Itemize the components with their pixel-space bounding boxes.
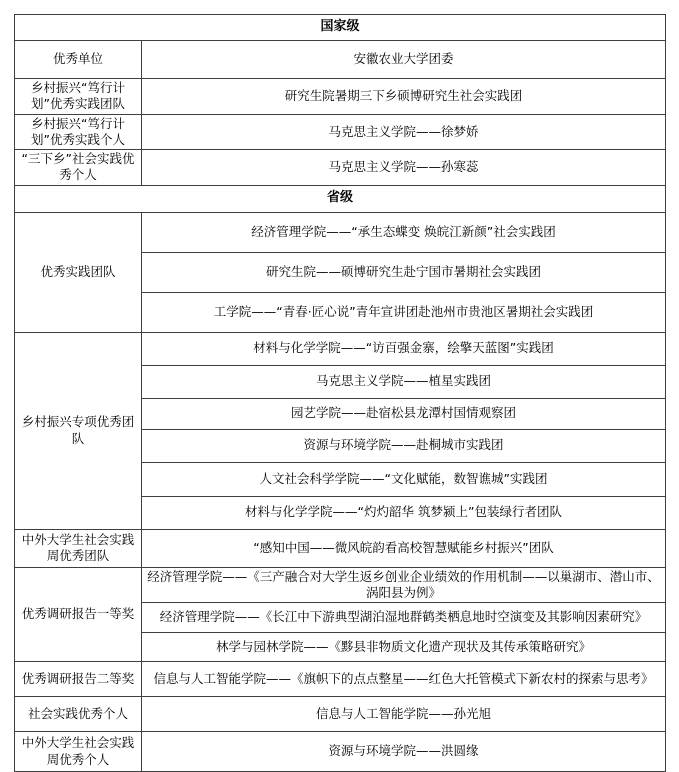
category-cell: “三下乡”社会实践优秀个人 bbox=[15, 150, 142, 186]
entry-cell: 材料与化学学院——“灼灼韶华 筑梦颍上”包装绿行者团队 bbox=[142, 496, 666, 529]
entry-cell: 工学院——“青春·匠心说”青年宣讲团赴池州市贵池区暑期社会实践团 bbox=[142, 292, 666, 332]
entry-cell: 研究生院暑期三下乡硕博研究生社会实践团 bbox=[142, 79, 666, 115]
entry-cell: 信息与人工智能学院——《旗帜下的点点整星——红色大托管模式下新农村的探索与思考》 bbox=[142, 662, 666, 697]
category-cell: 优秀单位 bbox=[15, 41, 142, 79]
entry-cell: 马克思主义学院——孙寒蕊 bbox=[142, 150, 666, 186]
section-header-provincial: 省级 bbox=[15, 185, 666, 212]
category-cell: 中外大学生社会实践周优秀团队 bbox=[15, 529, 142, 567]
entry-cell: 资源与环境学院——洪圆缘 bbox=[142, 732, 666, 772]
entry-cell: 研究生院——硕博研究生赴宁国市暑期社会实践团 bbox=[142, 252, 666, 292]
section-header-national: 国家级 bbox=[15, 15, 666, 41]
entry-cell: 林学与园林学院——《黟县非物质文化遗产现状及其传承策略研究》 bbox=[142, 633, 666, 662]
category-cell: 中外大学生社会实践周优秀个人 bbox=[15, 732, 142, 772]
entry-cell: 园艺学院——赴宿松县龙潭村国情观察团 bbox=[142, 398, 666, 429]
entry-cell: 经济管理学院——《长江中下游典型湖泊湿地群鹤类栖息地时空演变及其影响因素研究》 bbox=[142, 603, 666, 633]
entry-cell: 马克思主义学院——徐梦娇 bbox=[142, 114, 666, 150]
entry-cell: 资源与环境学院——赴桐城市实践团 bbox=[142, 429, 666, 462]
document-page: 国家级 优秀单位 安徽农业大学团委 乡村振兴“笃行计划”优秀实践团队 研究生院暑… bbox=[0, 0, 679, 763]
category-cell: 优秀实践团队 bbox=[15, 212, 142, 332]
entry-cell: 信息与人工智能学院——孙光旭 bbox=[142, 697, 666, 732]
entry-cell: 经济管理学院——《三产融合对大学生返乡创业企业绩效的作用机制——以巢湖市、潜山市… bbox=[142, 567, 666, 603]
entry-cell: 经济管理学院——“承生态蝶变 焕皖江新颜”社会实践团 bbox=[142, 212, 666, 252]
category-cell: 乡村振兴“笃行计划”优秀实践团队 bbox=[15, 79, 142, 115]
entry-cell: “感知中国——微风皖韵看高校智慧赋能乡村振兴”团队 bbox=[142, 529, 666, 567]
category-cell: 乡村振兴“笃行计划”优秀实践个人 bbox=[15, 114, 142, 150]
entry-cell: 马克思主义学院——植星实践团 bbox=[142, 365, 666, 398]
entry-cell: 安徽农业大学团委 bbox=[142, 41, 666, 79]
awards-table: 国家级 优秀单位 安徽农业大学团委 乡村振兴“笃行计划”优秀实践团队 研究生院暑… bbox=[14, 14, 666, 772]
category-cell: 优秀调研报告一等奖 bbox=[15, 567, 142, 662]
category-cell: 社会实践优秀个人 bbox=[15, 697, 142, 732]
category-cell: 优秀调研报告二等奖 bbox=[15, 662, 142, 697]
entry-cell: 人文社会科学学院——“文化赋能，数智谯城”实践团 bbox=[142, 462, 666, 496]
entry-cell: 材料与化学学院——“访百强金寨，绘擎天蓝图”实践团 bbox=[142, 332, 666, 365]
category-cell: 乡村振兴专项优秀团队 bbox=[15, 332, 142, 529]
